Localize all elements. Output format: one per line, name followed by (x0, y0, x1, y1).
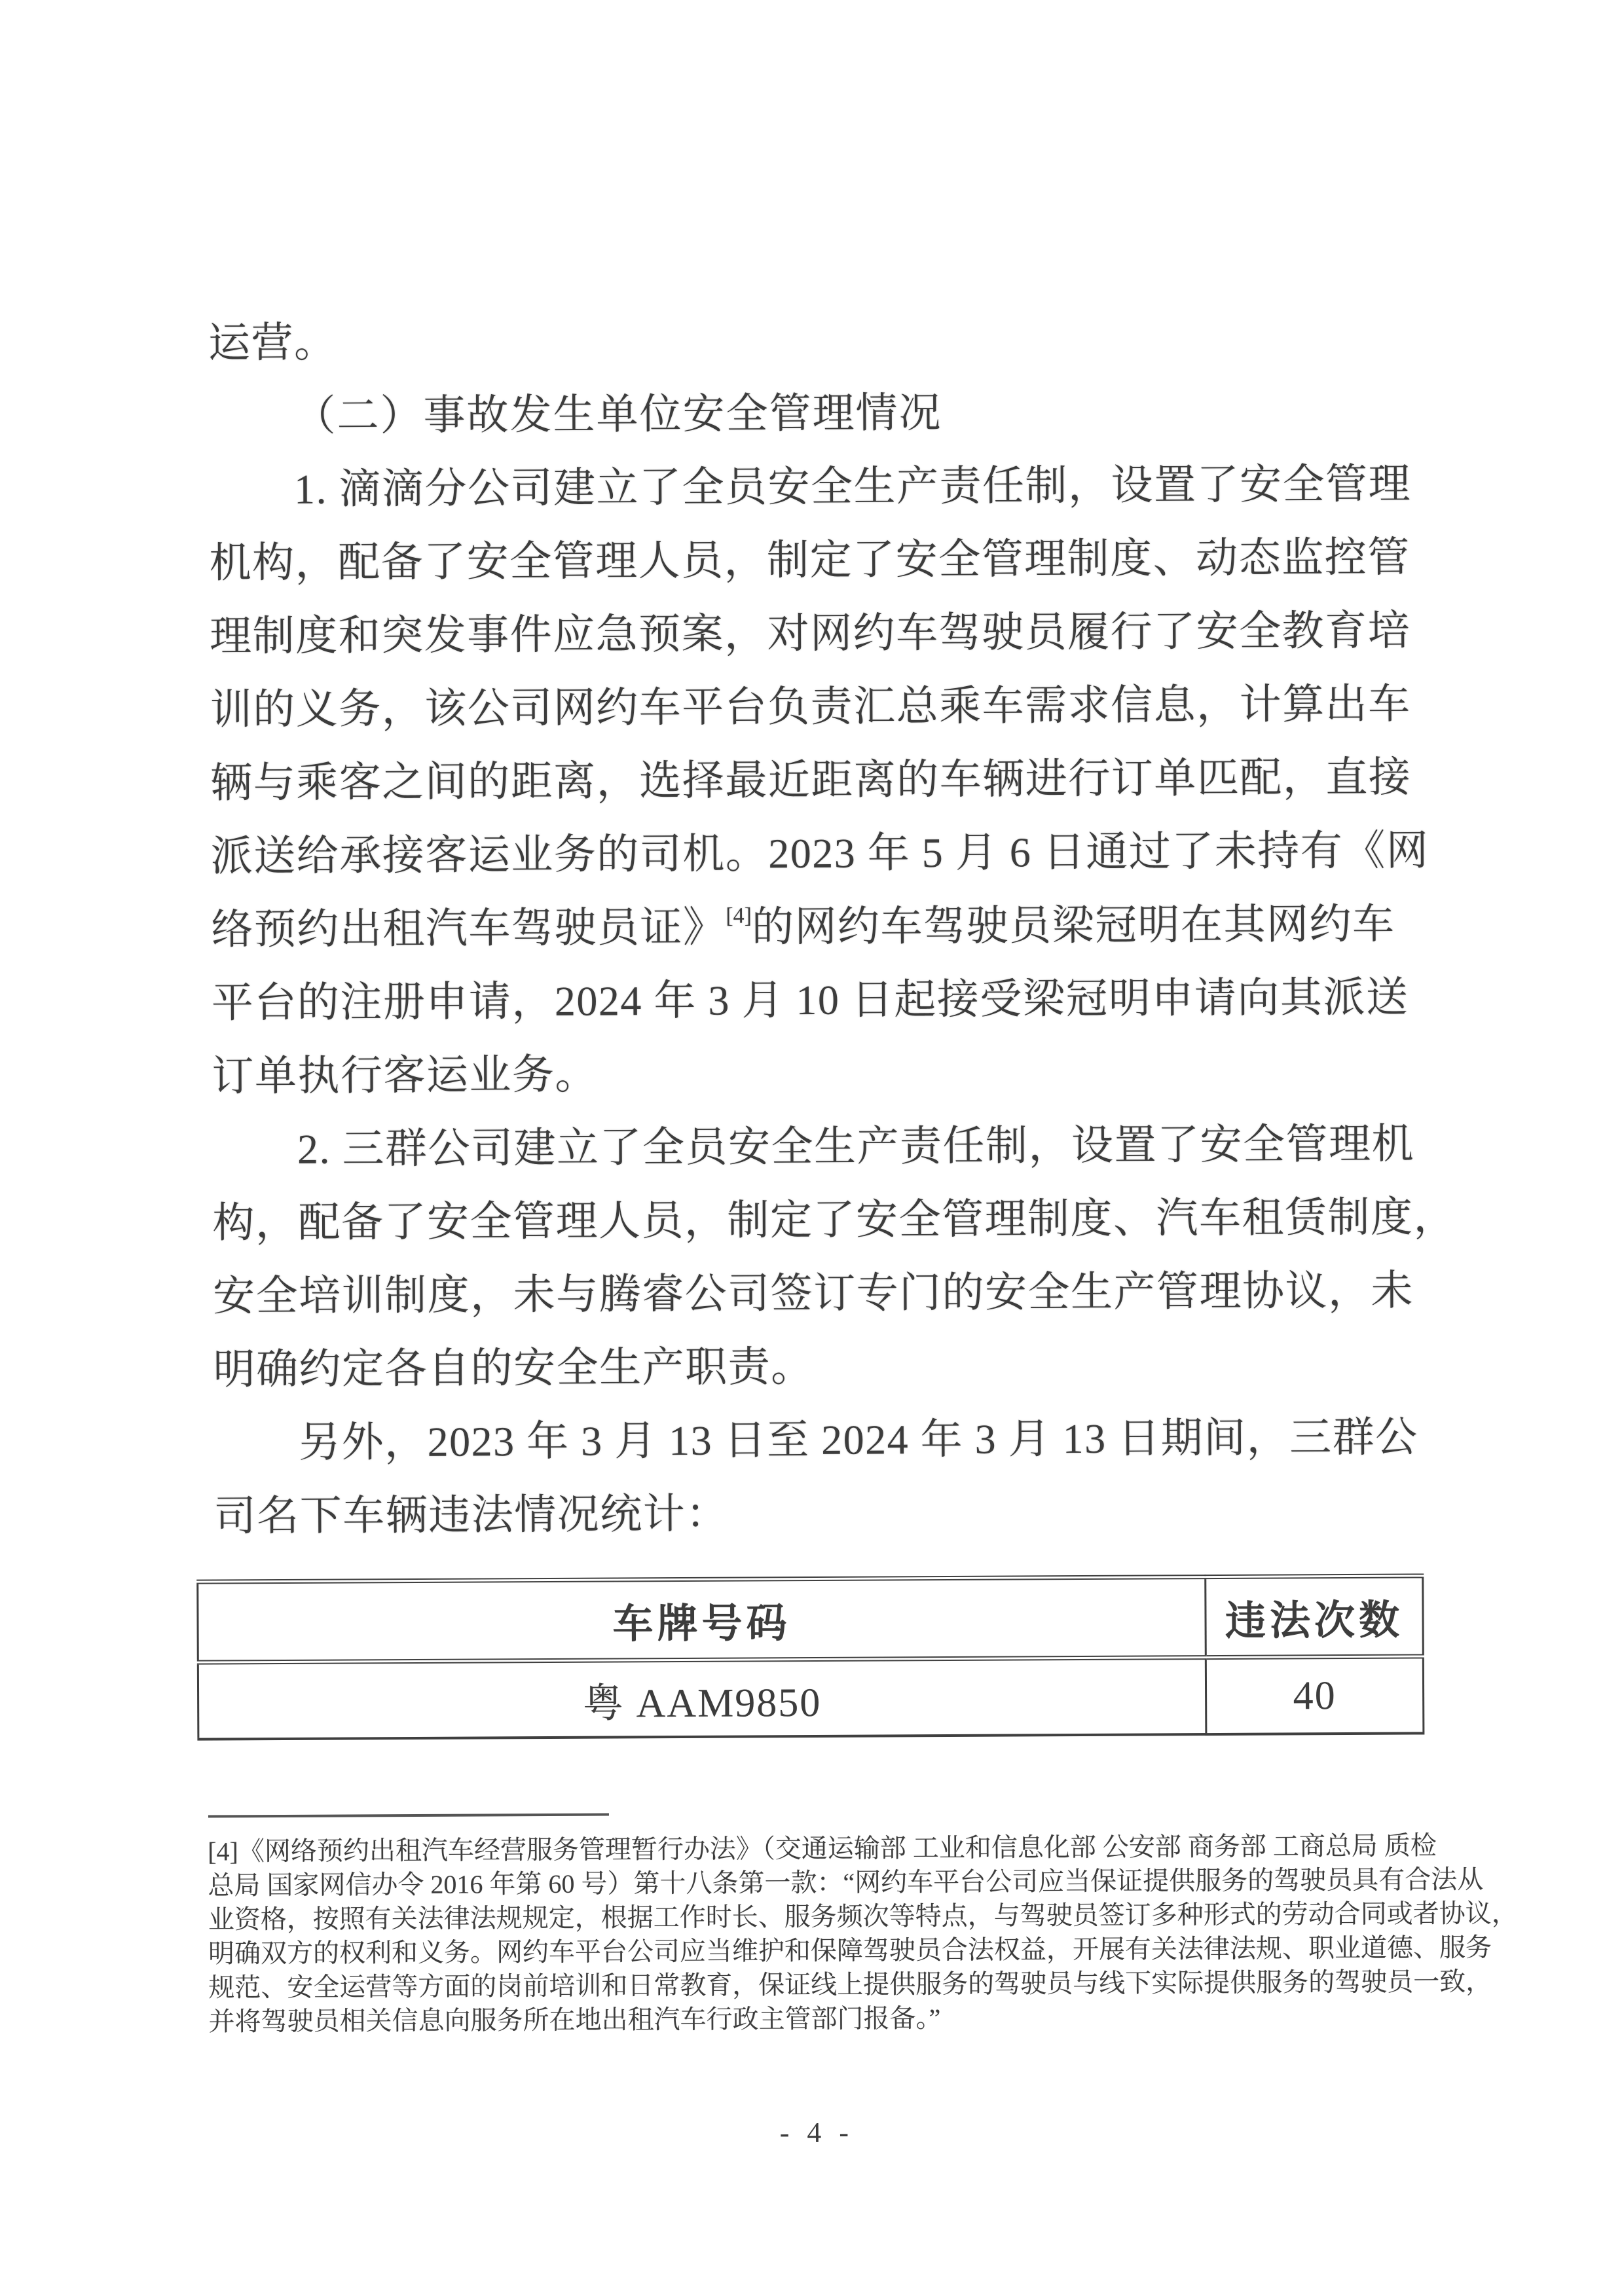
scanned-content: 运营。 （二）事故发生单位安全管理情况 1. 滴滴分公司建立了全员安全生产责任制… (0, 0, 1624, 2296)
table-header-row: 车牌号码 违法次数 (198, 1576, 1424, 1662)
footnote-separator (208, 1813, 609, 1818)
plate-cell: 粤 AAM9850 (198, 1658, 1206, 1740)
body-line: 辆与乘客之间的距离，选择最近距离的车辆进行订单匹配，直接 (210, 740, 1421, 820)
footnote-ref-4: [4] (726, 903, 752, 928)
body-line: 训的义务，该公司网约车平台负责汇总乘车需求信息，计算出车 (210, 667, 1420, 746)
body-line: 运营。 (208, 301, 1419, 380)
footnote-line: 明确双方的权利和义务。网约车平台公司应当维护和保障驾驶员合法权益，开展有关法律法… (208, 1931, 1452, 1971)
table-row: 粤 AAM9850 40 (198, 1656, 1424, 1740)
body-text: 运营。 （二）事故发生单位安全管理情况 1. 滴滴分公司建立了全员安全生产责任制… (208, 301, 1424, 1553)
body-line: 明确约定各自的安全生产职责。 (213, 1327, 1424, 1406)
body-line: 另外，2023 年 3 月 13 日至 2024 年 3 月 13 日期间，三群… (213, 1400, 1424, 1480)
footnote-line: 规范、安全运营等方面的岗前培训和日常教育，保证线上提供服务的驾驶员与线下实际提供… (208, 1965, 1452, 2005)
body-line: 安全培训制度，未与腾睿公司签订专门的安全生产管理协议，未 (213, 1254, 1424, 1333)
body-line: 平台的注册申请，2024 年 3 月 10 日起接受梁冠明申请向其派送 (212, 960, 1422, 1040)
page-number: - 4 - (5, 2112, 1624, 2153)
body-line: 构，配备了安全管理人员，制定了安全管理制度、汽车租赁制度， (212, 1180, 1423, 1260)
footnote-line: 并将驾驶员相关信息向服务所在地出租汽车行政主管部门报备。” (208, 1999, 1452, 2039)
footnote-line: [4]《网络预约出租汽车经营服务管理暂行办法》（交通运输部 工业和信息化部 公安… (208, 1829, 1452, 1868)
footnote-line: 总局 国家网信办令 2016 年第 60 号）第十八条第一款：“网约车平台公司应… (208, 1863, 1452, 1903)
column-header-count: 违法次数 (1206, 1576, 1424, 1658)
violations-table: 车牌号码 违法次数 粤 AAM9850 40 (196, 1573, 1424, 1740)
body-line: 机构，配备了安全管理人员，制定了安全管理制度、动态监控管 (209, 520, 1420, 600)
count-cell: 40 (1206, 1656, 1424, 1734)
footnote: [4]《网络预约出租汽车经营服务管理暂行办法》（交通运输部 工业和信息化部 公安… (208, 1829, 1453, 2039)
body-line: 2. 三群公司建立了全员安全生产责任制，设置了安全管理机 (212, 1107, 1423, 1186)
body-line: 订单执行客运业务。 (212, 1034, 1422, 1113)
line-text: 络预约出租汽车驾驶员证》 (211, 904, 726, 953)
column-header-plate: 车牌号码 (198, 1577, 1206, 1663)
footnote-line: 业资格，按照有关法律法规规定，根据工作时长、服务频次等特点，与驾驶员签订多种形式… (208, 1897, 1452, 1937)
body-line: 司名下车辆违法情况统计： (213, 1474, 1424, 1553)
body-line: 派送给承接客运业务的司机。2023 年 5 月 6 日通过了未持有《网 (211, 814, 1422, 893)
body-line: 络预约出租汽车驾驶员证》[4]的网约车驾驶员梁冠明在其网约车 (211, 887, 1422, 966)
document-page: 运营。 （二）事故发生单位安全管理情况 1. 滴滴分公司建立了全员安全生产责任制… (0, 0, 1624, 2296)
section-heading: （二）事故发生单位安全管理情况 (208, 374, 1419, 453)
body-line: 1. 滴滴分公司建立了全员安全生产责任制，设置了安全管理 (209, 447, 1420, 526)
line-text: 的网约车驾驶员梁冠明在其网约车 (752, 901, 1395, 951)
body-line: 理制度和突发事件应急预案，对网约车驾驶员履行了安全教育培 (210, 594, 1420, 673)
